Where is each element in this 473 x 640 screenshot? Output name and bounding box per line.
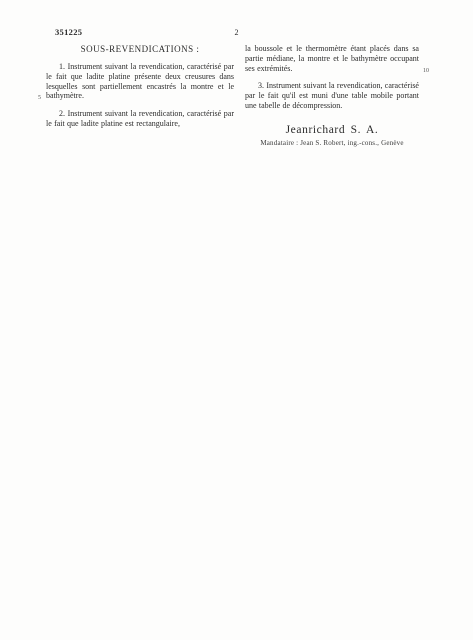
patent-document-page: 351225 2 SOUS-REVENDICATIONS : 1. Instru… bbox=[0, 0, 473, 640]
claim-1-text: 1. Instrument suivant la revendication, … bbox=[46, 62, 234, 101]
claim-2-text: 2. Instrument suivant la revendication, … bbox=[46, 109, 234, 129]
page-number: 2 bbox=[0, 28, 473, 37]
margin-line-number-10: 10 bbox=[423, 68, 429, 74]
left-column: SOUS-REVENDICATIONS : 1. Instrument suiv… bbox=[46, 44, 234, 137]
margin-line-number-5: 5 bbox=[38, 95, 41, 101]
page-header: 351225 2 bbox=[0, 27, 473, 41]
subclaims-heading: SOUS-REVENDICATIONS : bbox=[46, 44, 234, 54]
right-column: la boussole et le thermomètre étant plac… bbox=[245, 44, 419, 147]
claim-3-text: 3. Instrument suivant la revendication, … bbox=[245, 81, 419, 110]
claim-2-continuation-text: la boussole et le thermomètre étant plac… bbox=[245, 44, 419, 73]
agent-attorney-line: Mandataire : Jean S. Robert, ing.-cons.,… bbox=[245, 139, 419, 147]
applicant-signature: Jeanrichard S. A. bbox=[245, 124, 419, 136]
